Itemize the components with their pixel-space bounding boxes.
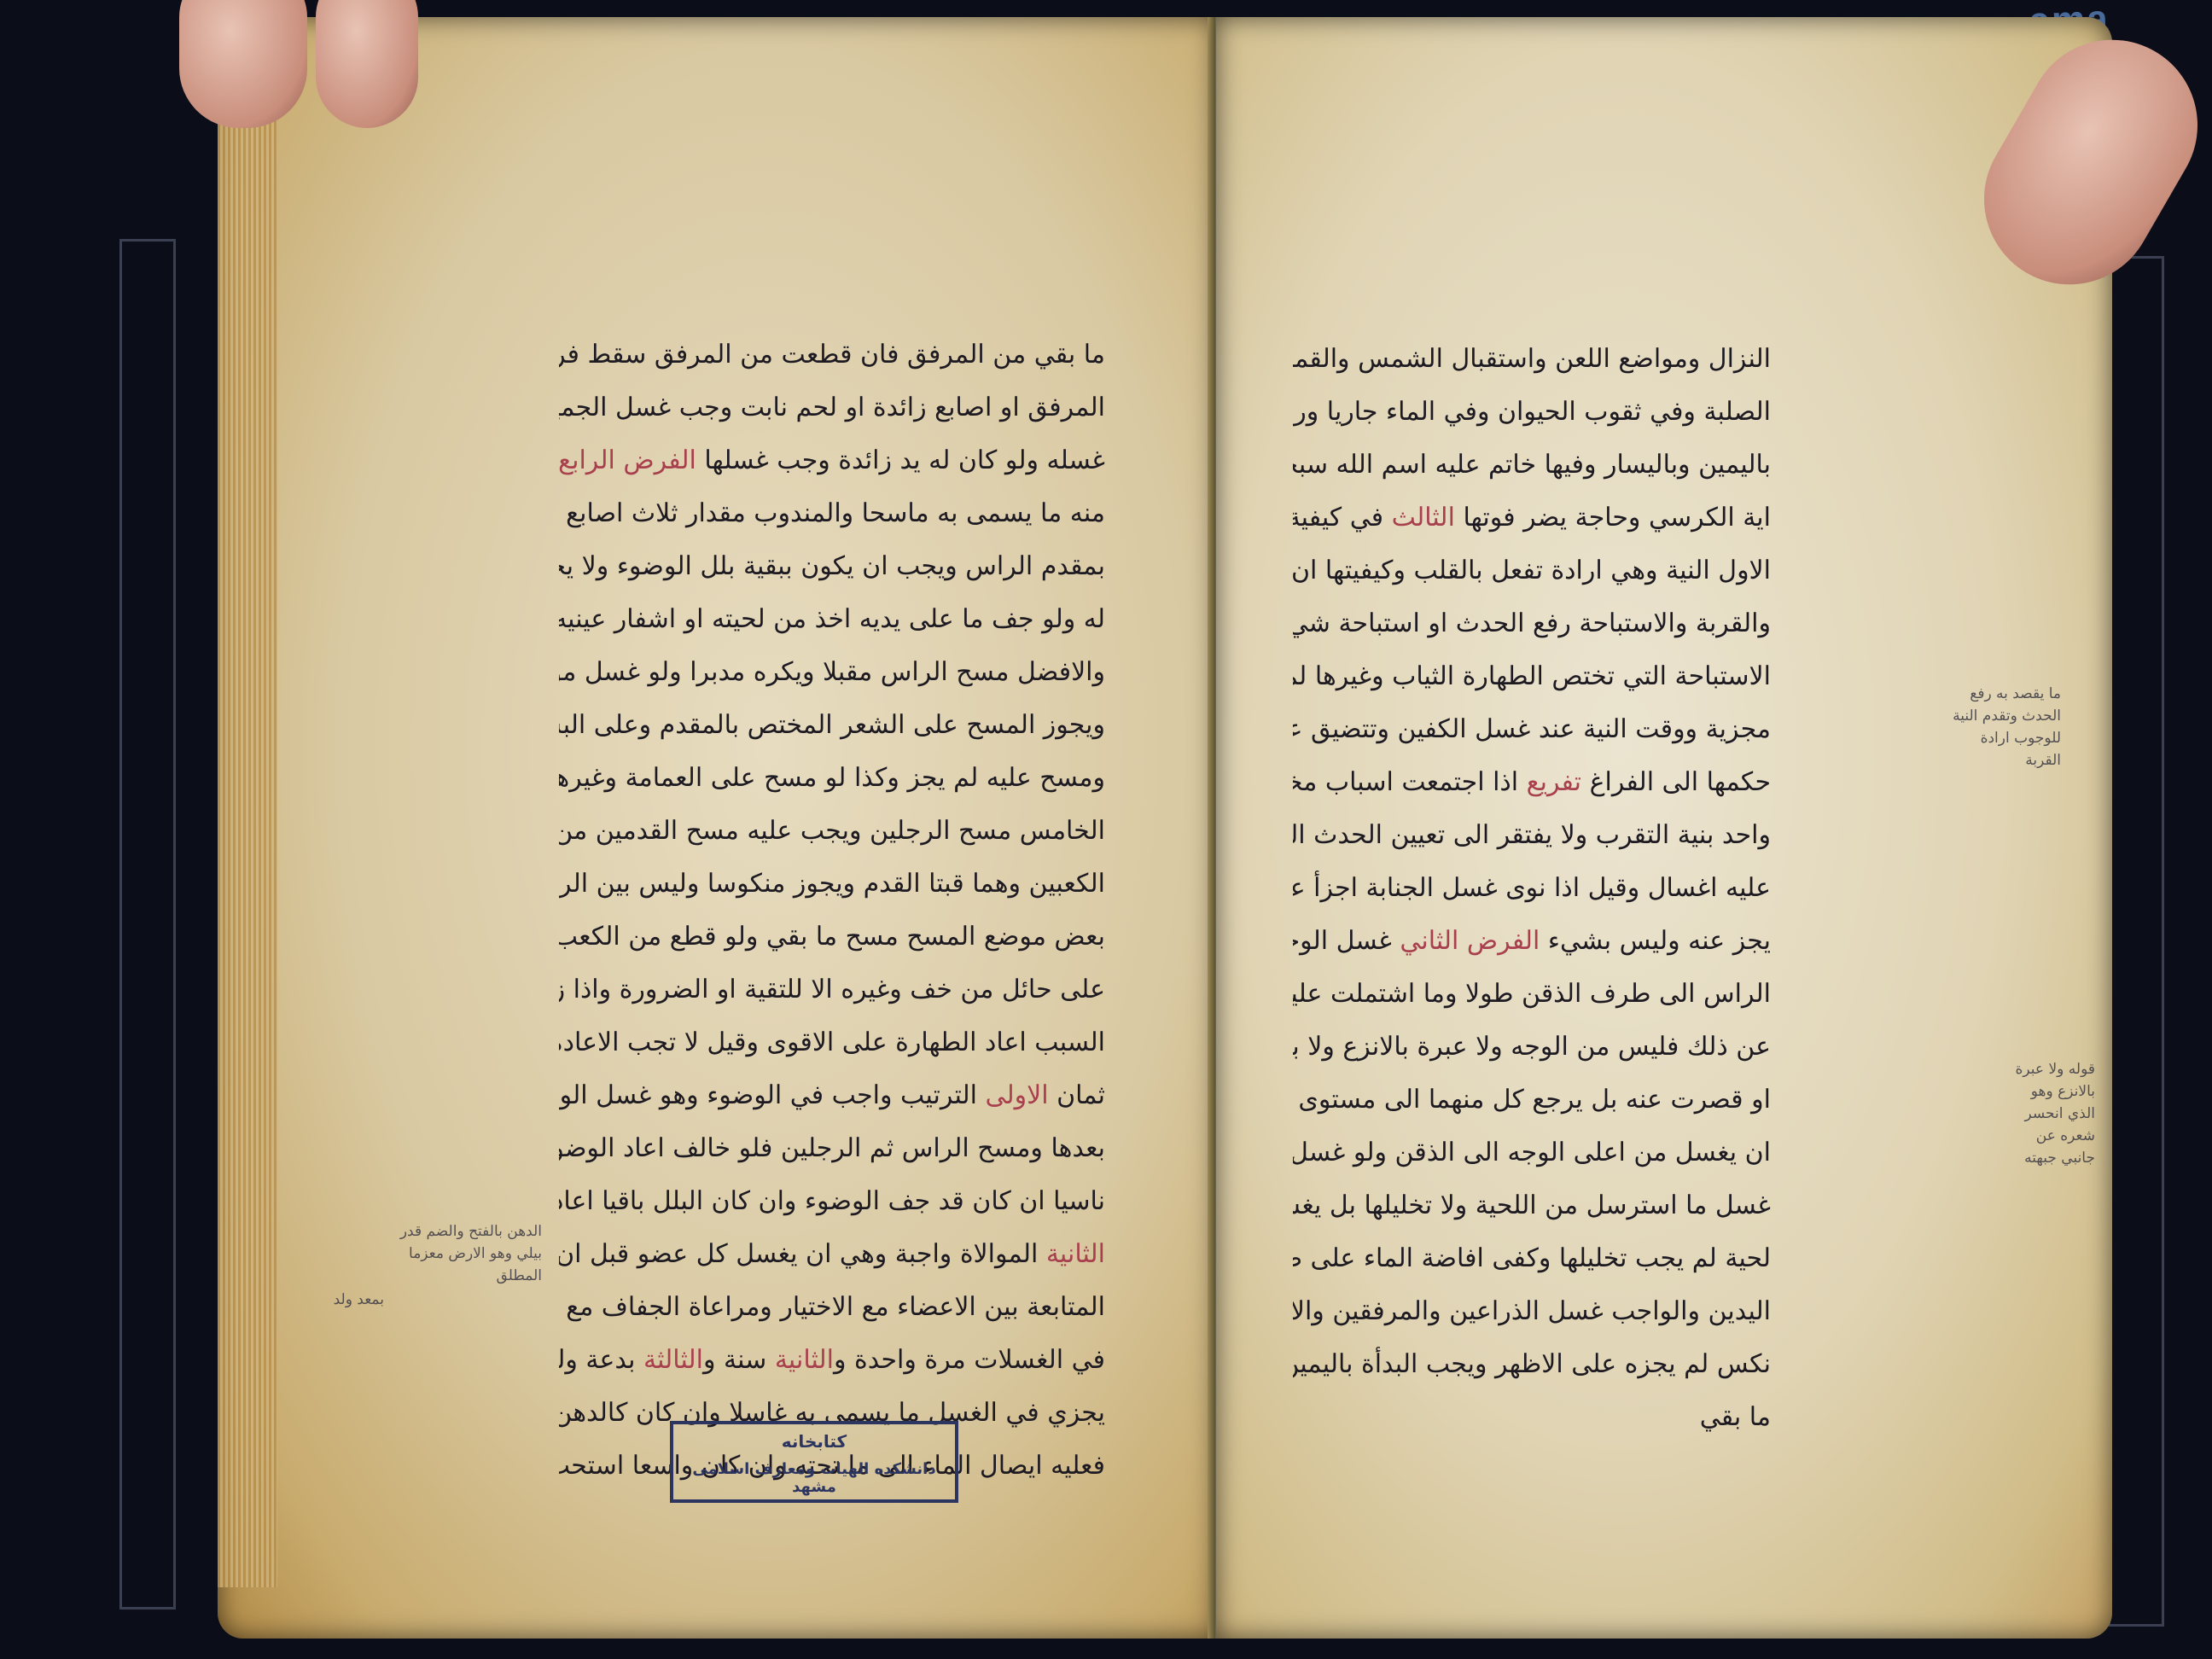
right-text-line: اية الكرسي وحاجة يضر فوتها الثالث في كيف… (1293, 492, 1771, 544)
left-text-line: غسله ولو كان له يد زائدة وجب غسلها الفرض… (559, 434, 1105, 487)
left-text-line: منه ما يسمى به ماسحا والمندوب مقدار ثلاث… (559, 487, 1105, 540)
right-text-line: الاول النية وهي ارادة تفعل بالقلب وكيفيت… (1293, 544, 1771, 597)
left-margin-note-1: الدهن بالفتح والضم قدر بيلي وهو الارض مع… (380, 1220, 542, 1287)
left-hand-fingers (179, 0, 307, 128)
stamp-subtitle: دانشکده الهیات ومعارف اسلامی مشهد (673, 1460, 955, 1496)
right-text-line: باليمين وباليسار وفيها خاتم عليه اسم الل… (1293, 439, 1771, 492)
right-margin-note-1: ما يقصد به رفع الحدث وتقدم النية للوجوب … (1950, 683, 2061, 771)
right-text-line: ان يغسل من اعلى الوجه الى الذقن ولو غسل … (1293, 1126, 1771, 1179)
right-text-line: او قصرت عنه بل يرجع كل منهما الى مستوى ا… (1293, 1074, 1771, 1126)
mat-frame-left (119, 239, 176, 1610)
left-margin-note-2: بمعد ولد (316, 1289, 384, 1311)
left-text-line: المتابعة بين الاعضاء مع الاختيار ومراعاة… (559, 1281, 1105, 1334)
right-text-line: واحد بنية التقرب ولا يفتقر الى تعيين الح… (1293, 809, 1771, 862)
left-text-line: ويجوز المسح على الشعر المختص بالمقدم وعل… (559, 699, 1105, 752)
left-text-line: له ولو جف ما على يديه اخذ من لحيته او اش… (559, 593, 1105, 646)
left-text-line: بعدها ومسح الراس ثم الرجلين فلو خالف اعا… (559, 1122, 1105, 1175)
left-text-line: في الغسلات مرة واحدة والثانية سنة والثال… (559, 1334, 1105, 1387)
left-page-text: ما بقي من المرفق فان قطعت من المرفق سقط … (559, 329, 1105, 1493)
open-manuscript: ما بقي من المرفق فان قطعت من المرفق سقط … (218, 17, 2112, 1639)
right-text-line: غسل ما استرسل من اللحية ولا تخليلها بل ي… (1293, 1179, 1771, 1232)
right-text-line: الراس الى طرف الذقن طولا وما اشتملت عليه… (1293, 968, 1771, 1021)
mat-frame-right (2108, 256, 2164, 1627)
left-text-line: ناسيا ان كان قد جف الوضوء وان كان البلل … (559, 1175, 1105, 1228)
left-text-line: على حائل من خف وغيره الا للتقية او الضرو… (559, 963, 1105, 1016)
right-text-line: اليدين والواجب غسل الذراعين والمرفقين وا… (1293, 1285, 1771, 1338)
right-text-line: والقربة والاستباحة رفع الحدث او استباحة … (1293, 597, 1771, 650)
right-text-line: لحية لم يجب تخليلها وكفى افاضة الماء على… (1293, 1232, 1771, 1285)
left-text-line: والافضل مسح الراس مقبلا ويكره مدبرا ولو … (559, 646, 1105, 699)
rubric-heading: الفرض الثاني (1400, 926, 1540, 956)
left-text-line: ومسح عليه لم يجز وكذا لو مسح على العمامة… (559, 752, 1105, 805)
stamp-title: كتابخانه (673, 1431, 955, 1452)
left-text-line: الثانية الموالاة واجبة وهي ان يغسل كل عض… (559, 1228, 1105, 1281)
rubric-heading: الاولى (986, 1080, 1049, 1110)
left-text-line: ثمان الاولى الترتيب واجب في الوضوء وهو غ… (559, 1069, 1105, 1122)
right-page: النزال ومواضع اللعن واستقبال الشمس والقم… (1216, 17, 2112, 1639)
library-stamp: كتابخانه دانشکده الهیات ومعارف اسلامی مش… (670, 1421, 958, 1503)
right-text-line: مجزية ووقت النية عند غسل الكفين وتتضيق ع… (1293, 703, 1771, 756)
right-text-line: عن ذلك فليس من الوجه ولا عبرة بالانزع ول… (1293, 1021, 1771, 1074)
left-page: ما بقي من المرفق فان قطعت من المرفق سقط … (218, 17, 1216, 1639)
left-text-line: بمقدم الراس ويجب ان يكون ببقية بلل الوضو… (559, 540, 1105, 593)
right-text-line: الصلبة وفي ثقوب الحيوان وفي الماء جاريا … (1293, 386, 1771, 439)
left-text-line: بعض موضع المسح مسح ما بقي ولو قطع من الك… (559, 911, 1105, 963)
left-text-line: الكعبين وهما قبتا القدم ويجوز منكوسا ولي… (559, 858, 1105, 911)
rubric-heading: الثالثة (643, 1345, 703, 1375)
rubric-heading: الفرض الرابع (559, 445, 696, 475)
right-text-line: الاستباحة التي تختص الطهارة الثياب وغيره… (1293, 650, 1771, 703)
right-text-line: نكس لم يجزه على الاظهر ويجب البدأة باليم… (1293, 1338, 1771, 1391)
right-text-line: النزال ومواضع اللعن واستقبال الشمس والقم… (1293, 333, 1771, 386)
right-page-text: النزال ومواضع اللعن واستقبال الشمس والقم… (1293, 333, 1771, 1444)
left-text-line: ما بقي من المرفق فان قطعت من المرفق سقط … (559, 329, 1105, 381)
right-text-line: ما بقي (1293, 1391, 1771, 1444)
left-text-line: المرفق او اصابع زائدة او لحم نابت وجب غس… (559, 381, 1105, 434)
right-text-line: عليه اغسال وقيل اذا نوى غسل الجنابة اجزأ… (1293, 862, 1771, 915)
right-text-line: يجز عنه وليس بشيء الفرض الثاني غسل الوجه… (1293, 915, 1771, 968)
left-hand-finger-2 (316, 0, 418, 128)
rubric-heading: تفريع (1527, 767, 1581, 797)
rubric-heading: الثانية (1046, 1239, 1105, 1269)
rubric-heading: الثالث (1392, 503, 1455, 533)
right-text-line: حكمها الى الفراغ تفريع اذا اجتمعت اسباب … (1293, 756, 1771, 809)
left-text-line: السبب اعاد الطهارة على الاقوى وقيل لا تج… (559, 1016, 1105, 1069)
right-margin-note-2: قوله ولا عبرة بالانزع وهو الذي انحسر شعر… (2010, 1058, 2095, 1169)
page-edges (218, 68, 277, 1587)
rubric-heading: الثانية (775, 1345, 834, 1375)
left-text-line: الخامس مسح الرجلين ويجب عليه مسح القدمين… (559, 805, 1105, 858)
